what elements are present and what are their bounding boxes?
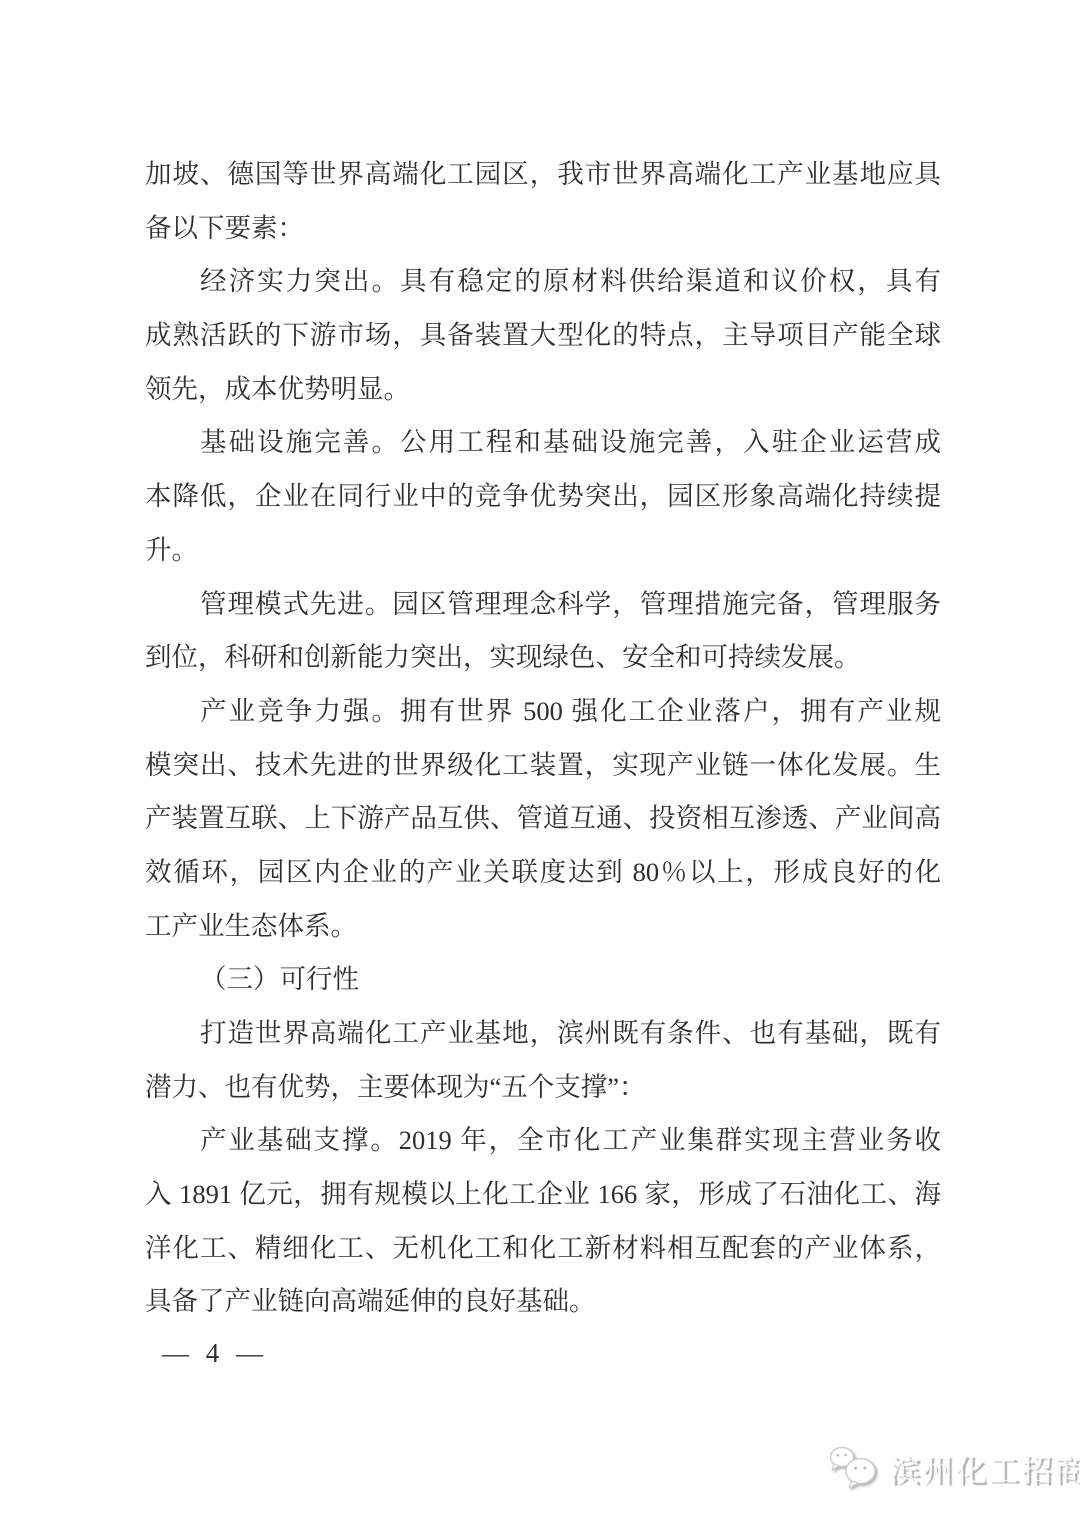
document-page: 加坡、德国等世界高端化工园区，我市世界高端化工产业基地应具备以下要素：经济实力突… [0,0,1080,1527]
page-number: — 4 — [162,1338,265,1368]
text-line: 领先，成本优势明显。 [145,363,941,417]
text-line: 升。 [145,524,941,578]
text-line: 加坡、德国等世界高端化工园区，我市世界高端化工产业基地应具 [145,148,941,202]
text-line: 基础设施完善。公用工程和基础设施完善，入驻企业运营成 [145,416,941,470]
text-line: 打造世界高端化工产业基地，滨州既有条件、也有基础，既有 [145,1007,941,1061]
text-line: 产业竞争力强。拥有世界 500 强化工企业落户，拥有产业规 [145,685,941,739]
text-line: 备以下要素： [145,202,941,256]
text-line: 效循环，园区内企业的产业关联度达到 80％以上，形成良好的化 [145,846,941,900]
text-line: 成熟活跃的下游市场，具备装置大型化的特点，主导项目产能全球 [145,309,941,363]
text-line: 管理模式先进。园区管理理念科学，管理措施完备，管理服务 [145,578,941,632]
wechat-icon [828,1443,880,1491]
text-line: 产装置互联、上下游产品互供、管道互通、投资相互渗透、产业间高 [145,792,941,846]
section-heading: （三）可行性 [145,953,941,1007]
text-line: 本降低，企业在同行业中的竞争优势突出，园区形象高端化持续提 [145,470,941,524]
text-line: 工产业生态体系。 [145,900,941,954]
text-line: 经济实力突出。具有稳定的原材料供给渠道和议价权，具有 [145,255,941,309]
text-line: 洋化工、精细化工、无机化工和化工新材料相互配套的产业体系， [145,1222,941,1276]
document-body: 加坡、德国等世界高端化工园区，我市世界高端化工产业基地应具备以下要素：经济实力突… [145,148,941,1329]
watermark-label: 滨州化工招商 [889,1445,1080,1490]
text-line: 具备了产业链向高端延伸的良好基础。 [145,1275,941,1329]
text-line: 到位，科研和创新能力突出，实现绿色、安全和可持续发展。 [145,631,941,685]
text-line: 产业基础支撑。2019 年，全市化工产业集群实现主营业务收 [145,1114,941,1168]
text-line: 模突出、技术先进的世界级化工装置，实现产业链一体化发展。生 [145,739,941,793]
text-line: 潜力、也有优势，主要体现为“五个支撑”： [145,1061,941,1115]
watermark: 滨州化工招商 [828,1443,1080,1491]
text-line: 入 1891 亿元，拥有规模以上化工企业 166 家，形成了石油化工、海 [145,1168,941,1222]
